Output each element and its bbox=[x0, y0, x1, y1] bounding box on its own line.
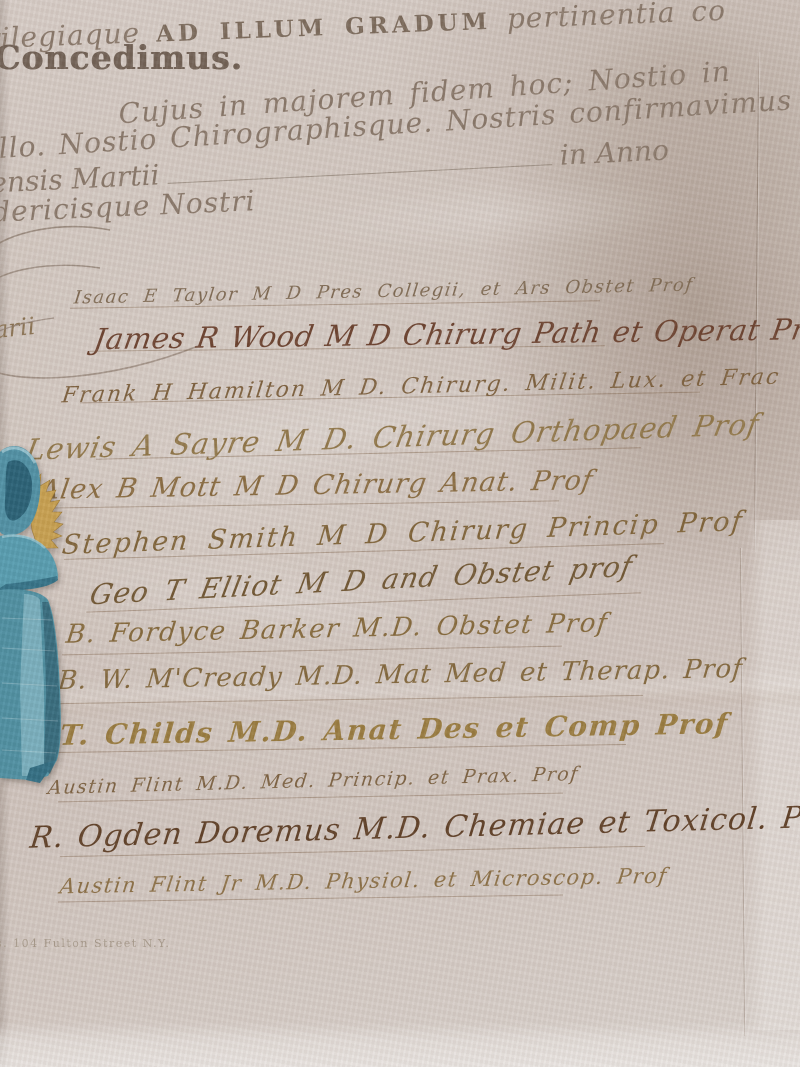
signature-line: Alex B Mott M D Chirurg Anat. Prof bbox=[38, 465, 596, 506]
engraved-in-anno: in Anno bbox=[559, 133, 670, 171]
engraved-concedimus: Concedimus. bbox=[0, 38, 243, 77]
diploma-photo: rilegiaque AD ILLUM GRADUM pertinentia c… bbox=[0, 0, 800, 1067]
printer-imprint: s. 104 Fulton Street N.Y. bbox=[0, 937, 170, 950]
fold-crease bbox=[740, 548, 745, 1036]
engraved-fragment: pertinentia co bbox=[506, 0, 726, 35]
parchment-highlight bbox=[298, 170, 701, 261]
signature-line: R. Ogden Doremus M.D. Chemiae et Toxicol… bbox=[28, 799, 800, 856]
blue-ribbon bbox=[0, 438, 112, 784]
signature-line: Austin Flint Jr M.D. Physiol. et Microsc… bbox=[59, 864, 670, 899]
signature-line: James R Wood M D Chirurg Path et Operat … bbox=[91, 312, 800, 356]
signature-line: Stephen Smith M D Chirurg Princip Prof bbox=[61, 506, 746, 561]
paper-bottom-edge bbox=[0, 1022, 800, 1067]
fold-light-panel bbox=[746, 520, 800, 1030]
fold-crease bbox=[754, 52, 759, 552]
